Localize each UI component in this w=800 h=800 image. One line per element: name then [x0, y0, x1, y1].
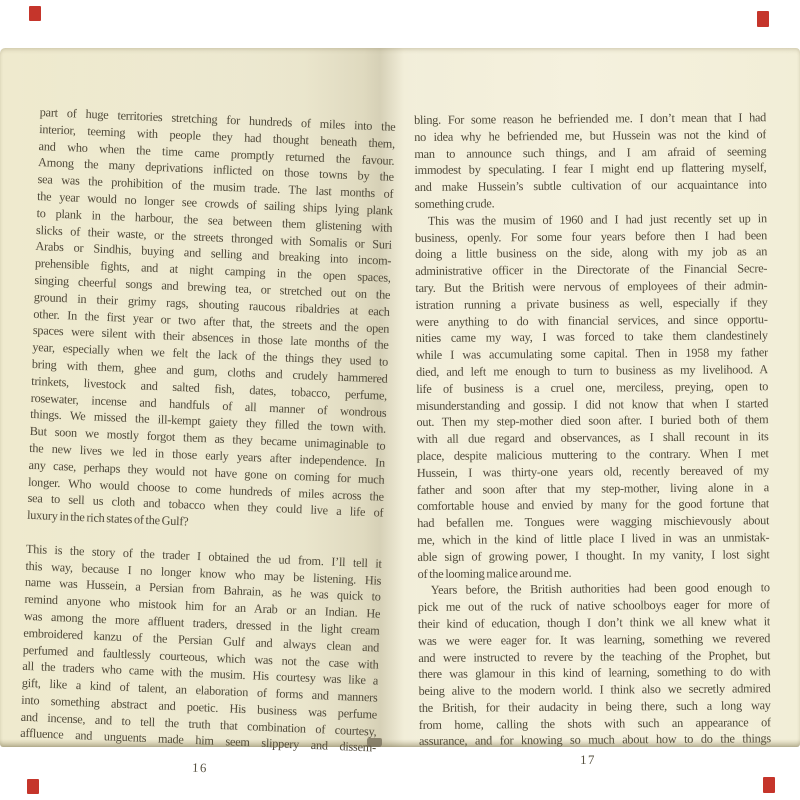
- text-line: Hussein, I was thirty-one years old, rec…: [417, 462, 769, 482]
- text-line: life of business is a cruel one, mercile…: [416, 378, 768, 398]
- text-line: istration running a private business as …: [415, 294, 767, 314]
- page-block-bottom-edge: [0, 739, 800, 747]
- open-book-photo: part of huge territories stretching for …: [0, 48, 800, 747]
- red-corner-mark-top-right: [757, 11, 769, 27]
- page-number-16: 16: [178, 760, 222, 776]
- red-corner-mark-bottom-right: [763, 777, 775, 793]
- photo-background: part of huge territories stretching for …: [0, 0, 800, 800]
- text-line: was we were eager for. It was learning, …: [418, 630, 770, 650]
- text-line: able sign of growing power, I thought. I…: [417, 546, 769, 566]
- page-16-text: part of huge territories stretching for …: [20, 104, 396, 757]
- gutter-bottom-notch: [367, 738, 382, 747]
- page-number-17: 17: [566, 753, 610, 768]
- text-line: and make Hussein’s subtle cultivation of…: [415, 176, 767, 196]
- red-corner-mark-bottom-left: [27, 779, 39, 794]
- red-corner-mark-top-left: [29, 6, 41, 21]
- page-17-text: bling. For some reason he befriended me.…: [414, 109, 771, 750]
